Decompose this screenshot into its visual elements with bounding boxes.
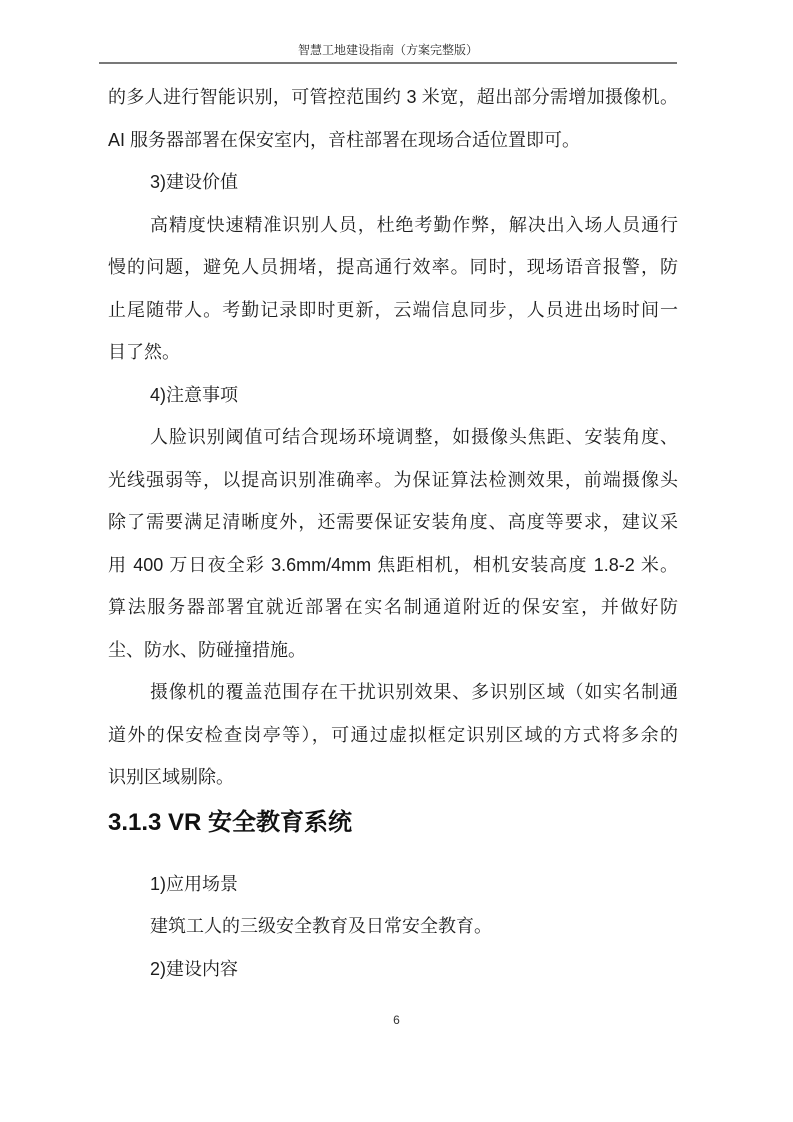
body-line: 止尾随带人。考勤记录即时更新，云端信息同步，人员进出场时间一 [108,289,678,332]
page-header-title: 智慧工地建设指南（方案完整版） [99,42,677,64]
body-line: 4)注意事项 [108,374,678,417]
body-line: 3)建设价值 [108,161,678,204]
body-line: 道外的保安检查岗亭等），可通过虚拟框定识别区域的方式将多余的 [108,714,678,757]
body-line: 高精度快速精准识别人员，杜绝考勤作弊，解决出入场人员通行 [108,204,678,247]
body-line: 目了然。 [108,331,678,374]
body-line: 2)建设内容 [108,948,678,991]
body-line: 建筑工人的三级安全教育及日常安全教育。 [108,905,678,948]
body-line: 光线强弱等，以提高识别准确率。为保证算法检测效果，前端摄像头 [108,459,678,502]
body-line: 算法服务器部署宜就近部署在实名制通道附近的保安室，并做好防 [108,586,678,629]
body-line: 的多人进行智能识别，可管控范围约 3 米宽，超出部分需增加摄像机。 [108,76,678,119]
body-line: 1)应用场景 [108,863,678,906]
body-line: 摄像机的覆盖范围存在干扰识别效果、多识别区域（如实名制通 [108,671,678,714]
page-number: 6 [0,1012,793,1028]
body-line: 尘、防水、防碰撞措施。 [108,629,678,672]
document-page: 智慧工地建设指南（方案完整版） 的多人进行智能识别，可管控范围约 3 米宽，超出… [0,0,793,1122]
body-line: 慢的问题，避免人员拥堵，提高通行效率。同时，现场语音报警，防 [108,246,678,289]
body-line: 用 400 万日夜全彩 3.6mm/4mm 焦距相机，相机安装高度 1.8-2 … [108,544,678,587]
document-body: 的多人进行智能识别，可管控范围约 3 米宽，超出部分需增加摄像机。 AI 服务器… [108,76,678,990]
body-line: 除了需要满足清晰度外，还需要保证安装角度、高度等要求，建议采 [108,501,678,544]
body-line: AI 服务器部署在保安室内，音柱部署在现场合适位置即可。 [108,119,678,162]
section-heading: 3.1.3 VR 安全教育系统 [108,799,678,846]
body-line: 识别区域剔除。 [108,756,678,799]
body-line: 人脸识别阈值可结合现场环境调整，如摄像头焦距、安装角度、 [108,416,678,459]
